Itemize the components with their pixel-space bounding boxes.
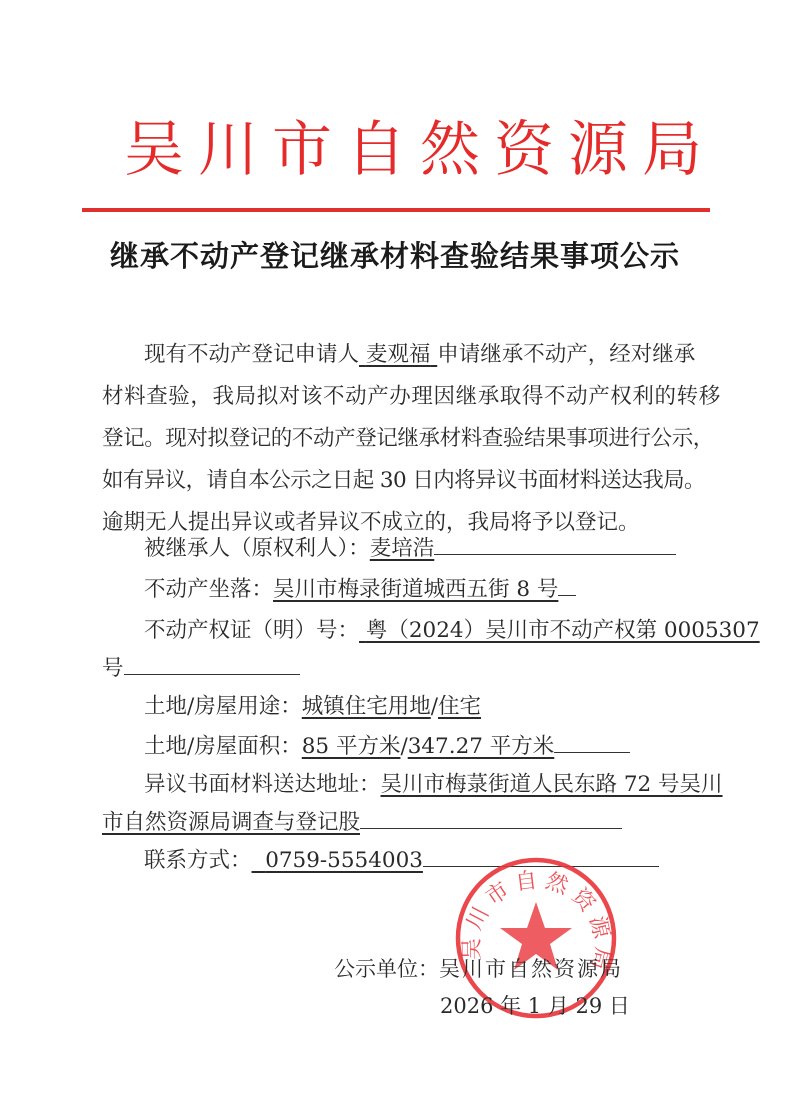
body-text: 现有不动产登记申请人 [144,342,359,367]
body-line-4: 如有异议，请自本公示之日起 30 日内将异议书面材料送达我局。 [102,460,705,502]
body-line-1: 现有不动产登记申请人 麦观福 申请继承不动产，经对继承 [144,334,695,376]
address-value-cont: 市自然资源局调查与登记股 [102,810,360,835]
field-area: 土地/房屋面积：85 平方米/347.27 平方米 [144,726,630,768]
document-title: 继承不动产登记继承材料查验结果事项公示 [0,236,790,276]
field-decedent: 被继承人（原权利人）：麦培浩 [144,528,676,570]
field-address-cont: 市自然资源局调查与登记股 [102,802,622,844]
publishing-unit: 公示单位：吴川市自然资源局 [334,953,623,983]
house-use-value: 住宅 [438,694,481,719]
separator: / [400,734,407,759]
field-certificate-cont: 号 [102,648,300,690]
publish-date: 2026 年 1 月 29 日 [440,990,630,1020]
field-location: 不动产坐落：吴川市梅录街道城西五街 8 号 [144,569,576,611]
land-use-value: 城镇住宅用地 [302,694,431,719]
fill-line [124,652,300,675]
certificate-value-cont: 号 [102,656,124,681]
letterhead-title: 吴川市自然资源局 [124,112,684,188]
address-value: 吴川市梅菉街道人民东路 72 号吴川 [381,772,723,797]
fill-line [558,573,576,596]
separator: / [431,694,438,719]
land-area-value: 85 平方米 [302,734,401,759]
field-certificate: 不动产权证（明）号： 粤（2024）吴川市不动产权第 0005307 [144,610,760,652]
field-usage: 土地/房屋用途：城镇住宅用地/住宅 [144,686,481,728]
field-address: 异议书面材料送达地址：吴川市梅菉街道人民东路 72 号吴川 [144,764,723,806]
body-text: 申请继承不动产，经对继承 [437,342,695,367]
location-value: 吴川市梅录街道城西五街 8 号 [273,577,558,602]
body-line-2: 材料查验，我局拟对该不动产办理因继承取得不动产权利的转移 [102,376,721,418]
field-label: 联系方式： [144,848,252,873]
fill-line [554,730,630,753]
field-label: 被继承人（原权利人）： [144,536,370,561]
fill-line [360,806,622,829]
letterhead-rule [82,208,710,212]
field-label: 不动产坐落： [144,577,273,602]
body-line-3: 登记。现对拟登记的不动产登记继承材料查验结果事项进行公示， [102,418,714,460]
fill-line [434,532,676,555]
decedent-value: 麦培浩 [370,536,435,561]
applicant-name: 麦观福 [359,342,437,367]
field-label: 异议书面材料送达地址： [144,772,381,797]
field-label: 不动产权证（明）号： [144,618,359,643]
house-area-value: 347.27 平方米 [408,734,555,759]
unit-label: 公示单位： [334,957,439,981]
unit-value: 吴川市自然资源局 [439,957,623,981]
certificate-value: 粤（2024）吴川市不动产权第 0005307 [359,618,760,643]
contact-value: 0759-5554003 [252,848,423,873]
field-label: 土地/房屋用途： [144,694,302,719]
field-label: 土地/房屋面积： [144,734,302,759]
